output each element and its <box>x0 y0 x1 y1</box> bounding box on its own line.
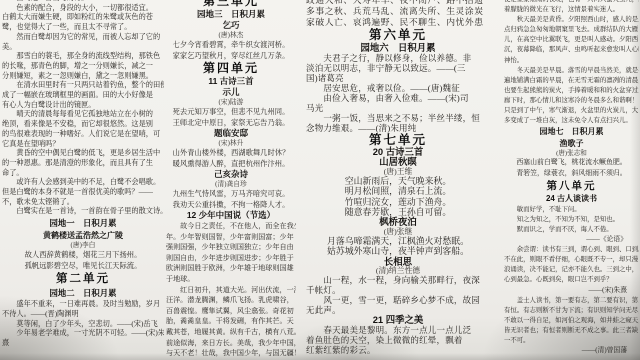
body-line: 也要生起熊熊的炭火，手捧着暖和和的火盆穿过走 <box>504 86 639 96</box>
body-line: 山一程，水一程，身向榆关那畔行，夜深 <box>306 275 490 285</box>
section-heading: 21 四季之美 <box>306 315 490 325</box>
section-heading: 示儿 <box>166 87 296 98</box>
body-line: 由俭入奢易，由奢入俭难。——(宋)司 <box>306 93 490 103</box>
section-heading: 11 古诗三首 <box>166 76 296 87</box>
body-line: 红紫红紫的彩云。 <box>306 345 490 355</box>
poem-author: (清)纳兰性德 <box>306 267 490 275</box>
verse-line: 孤帆远影碧空尽，唯见长江天际流。 <box>2 261 164 272</box>
body-line: 百兽震惶。鹰隼试翼，风尘翕张。奇花初 <box>166 306 296 317</box>
body-line: 盖士人读书，第一要有志，第二要有识，第三要 <box>504 296 639 306</box>
attribution-line: ——(宋)朱熹 <box>504 286 639 296</box>
section-heading: 园地二 日积月累 <box>2 287 164 300</box>
section-heading: 己亥杂诗 <box>166 169 296 180</box>
body-line: 在清水田里时有一只两只站着钓鱼，整个的田便 <box>2 81 164 91</box>
body-line: 命了。 <box>2 169 164 179</box>
verse-line: 西塞山前白鹭飞，桃花流水鳜鱼肥。 <box>504 158 639 168</box>
body-line: 浪诵读，决不能记，记亦不能久也。三到之中， <box>504 265 639 275</box>
body-line: 神怡。 <box>504 56 639 66</box>
poem-author: (唐)林杰 <box>166 31 296 40</box>
verse-line: 暖风熏得游人醉，直把杭州作汴州。 <box>166 159 296 170</box>
body-line: 风一更，雪一更，聒碎乡心梦不成，故园 <box>306 295 490 305</box>
verse-line: 故人西辞黄鹤楼，烟花三月下扬州。 <box>2 250 164 261</box>
body-line: 汪洋。潜龙腾渊，鳞爪飞扬。乳虎啸谷， <box>166 295 296 306</box>
body-line: 居安思危，戒奢以俭。——(唐)魏征 <box>306 83 490 93</box>
body-line: 沉，夜幕降临，那风声、虫鸣听起来愈发叫人心旷 <box>504 45 639 55</box>
body-line: 国)诸葛亮 <box>306 73 490 83</box>
column-4: 使是蒙蒙细雨的夜晚，也有一只两只萤火虫儿，闪着朦胧的微光在飞行，这情景着实迷人。… <box>504 0 639 360</box>
body-line: 的鸟很难表现的一种嗜好。人们说它是在望哨，可 <box>2 130 164 140</box>
body-line: 色素的配合，身段的大小，一切都很适宜。 <box>2 4 164 14</box>
body-line: 一不可。 <box>504 336 639 346</box>
body-line: 莫等闲，白了少年头，空悲切。——(宋)岳飞 <box>2 320 164 330</box>
body-line: 成了一幅嵌在玻璃框里的画面。田的大小好像是 <box>2 91 164 101</box>
body-line: 则国自由，少年进步则国进步；少年胜于 <box>166 253 296 264</box>
section-heading: 园地三 日积月累 <box>166 9 296 20</box>
body-line: 少年易老学难成，一寸光阴不可轻。——(宋)朱 <box>2 329 164 339</box>
verse-line: 死去元知万事空，但悲不见九州同。 <box>166 107 296 118</box>
body-line: 红日初升，其道大光。河出伏流，一泻 <box>166 285 296 296</box>
body-line: 心到最急。心既到矣，眼口岂不到乎？ <box>504 275 639 285</box>
body-line: 不在此，则眼不看仔细，心眼既不专一，却只漫 <box>504 255 639 265</box>
body-line: 马光 <box>306 103 490 113</box>
body-line: 春天最美是黎明。东方一点儿一点儿泛 <box>306 325 490 335</box>
body-line: 欧洲则国胜于欧洲，少年雄于地球则国雄 <box>166 263 296 274</box>
verse-line: 竹喧归浣女，莲动下渔舟。 <box>306 197 490 207</box>
body-line: 然而白鹭却因为它的常见，而被人忘却了它的 <box>2 33 164 43</box>
verse-line: 月落乌啼霜满天，江枫渔火对愁眠。 <box>306 236 490 246</box>
body-line: 强则国强，少年独立则国独立；少年自由 <box>166 242 296 253</box>
body-line: 廊下时，那心情儿和这寒冷的冬晨多么和谐啊！ <box>504 96 639 106</box>
poem-author: (清)龚自珍 <box>166 180 296 189</box>
body-line: 秋天最美是黄昏。夕阳照西山时，感人的是点 <box>504 15 639 25</box>
body-line: 默而识之，学而不厌，诲人不倦。 <box>504 225 639 235</box>
body-line: 有恒。有志则断不甘为下流；有识则知学问无尽， <box>504 306 639 316</box>
verse-line: 山外青山楼外楼，西湖歌舞几时休？ <box>166 148 296 159</box>
verse-line: 家家乞巧望秋月，穿尽红丝几万条。 <box>166 51 296 62</box>
body-line: 但是白鹭的本身不就是一首很优美的歌吗？—— <box>2 188 164 198</box>
attribution-line: ——(清)曾国藩 <box>504 346 639 356</box>
verse-line: 明月松间照，清泉石上流。 <box>306 186 490 196</box>
body-line: 于地球。 <box>166 274 296 285</box>
idiom-line: 多事之秋、兵荒马乱、流离失所、生灵涂炭 <box>306 6 490 17</box>
body-line: 不，歌未免太铿锵了。 <box>2 198 164 208</box>
body-line: 盛年不重来，一日难再晨。及时当勉励，岁月 <box>2 300 164 310</box>
body-line: 鹭，也觉得大了一些，而且太不寻常了。 <box>2 23 164 33</box>
body-line: 多变成了一堆白灰，这未免令人有点扫兴儿。 <box>504 116 639 126</box>
body-line: 只是到了中午，寒气渐退，火盆里的火炭儿，大 <box>504 106 639 116</box>
section-heading: 园地七 日积月累 <box>504 126 639 138</box>
body-line: 儿，在高空中比翼联飞，更是叫人感动。夕阳西 <box>504 35 639 45</box>
body-line: 一粥一饭，当思来之不易；半丝半缕，恒 <box>306 113 490 123</box>
body-line: 的长喙，那青色的脚，增之一分则嫌长，减之一 <box>2 62 164 72</box>
unit-heading: 第三单元 <box>166 0 296 9</box>
body-line: 胎，矞矞皇皇。干将发硎，有作其芒。天 <box>166 316 296 327</box>
verse-line: 青箬笠，绿蓑衣，斜风细雨不须归。 <box>504 169 639 179</box>
body-line: 念物力维艰。——(清)朱用纯 <box>306 123 490 133</box>
unit-heading: 第二单元 <box>2 271 164 287</box>
body-line: 着朦胧的微光在飞行，这情景着实迷人。 <box>504 5 639 15</box>
unit-heading: 第八单元 <box>504 179 639 194</box>
poem-author: (唐)张志和 <box>504 149 639 158</box>
poem-author: (唐)张继 <box>306 228 490 236</box>
unit-heading: 第四单元 <box>166 61 296 76</box>
verse-line: 我劝天公重抖擞，不拘一格降人才。 <box>166 200 296 211</box>
body-line: 敏而好学，不耻下问。 <box>504 205 639 215</box>
poem-author: (唐)王维 <box>306 168 490 176</box>
poem-author: (宋)陆游 <box>166 98 296 107</box>
body-line: 着鱼肚色的天空，染上微微的红晕，飘着 <box>306 335 490 345</box>
body-line: 知之为知之，不知为不知，是知也。 <box>504 215 639 225</box>
body-line: 白鹭实在是一首诗，一首韵在骨子里的散文诗。 <box>2 207 164 217</box>
section-heading: 乞巧 <box>166 20 296 31</box>
unit-heading: 第七单元 <box>306 133 490 148</box>
body-line: 那雪白的蓑毛，那全身的流线型结构，那铁色 <box>2 52 164 62</box>
body-line: 千帐灯。 <box>306 285 490 295</box>
section-heading: 12 少年中国说（节选） <box>166 210 296 221</box>
verse-line: 空山新雨后，天气晚来秋。 <box>306 176 490 186</box>
body-line: 点归鸦急急匆匆地朝窠里飞去。成群结队的大雁 <box>504 25 639 35</box>
section-heading: 题临安邸 <box>166 128 296 139</box>
poem-author: (宋)林升 <box>166 139 296 148</box>
body-line: 与天不老！壮哉，我中国少年，与国无疆！ <box>166 348 296 359</box>
attribution-line: ——《论语》 <box>504 235 639 245</box>
body-line: 分则嫌短，素之一忽则嫌白，黛之一忽则嫌黑。 <box>2 72 164 82</box>
body-line: 冬天最美是早晨。落雪的早晨当然美，就是在 <box>504 66 639 76</box>
document-page: 白鹭是一首精巧的诗。 色素的配合，身段的大小，一切都很适宜。白鹤太大而嫌生硬，即… <box>0 0 640 360</box>
body-line: 戴其苍，地履其黄。纵有千古，横有八荒。 <box>166 327 296 338</box>
column-2: 第三单元园地三 日积月累乞巧(唐)林杰七夕今宵看碧霄，牵牛织女渡河桥。家家乞巧望… <box>166 0 296 360</box>
section-heading: 园地一 日积月累 <box>2 217 164 230</box>
body-line: 故今日之责任，不在他人，而全在我少 <box>166 221 296 232</box>
body-line: 的一种恩惠。那是清澄的形象化，而且具有了生 <box>2 159 164 169</box>
body-line: 前途似海，来日方长。美哉，我少年中国， <box>166 338 296 349</box>
body-line: 美。 <box>2 43 164 53</box>
body-line: 绝顶，看来像是不安稳，而它却很悠然。这是别 <box>2 120 164 130</box>
body-line: 白鹤太大而嫌生硬，即如粉红的朱鹭或灰色的苍 <box>2 13 164 23</box>
body-line: 有心人为白鹭设计出的镜匣。 <box>2 101 164 111</box>
body-line: 年。少年智则国智，少年富则国富；少年 <box>166 232 296 243</box>
verse-line: 七夕今宵看碧霄，牵牛织女渡河桥。 <box>166 40 296 51</box>
section-heading: 渔歌子 <box>504 138 639 150</box>
unit-heading: 第六单元 <box>306 28 490 43</box>
body-line: 余尝谓：读书有三到，谓心到、眼到、口到。心 <box>504 245 639 255</box>
poem-title: 黄鹤楼送孟浩然之广陵 <box>2 230 164 241</box>
verse-line: 九州生气恃风雷，万马齐喑究可哀。 <box>166 189 296 200</box>
body-line: 淡泊无以明志，非宁静无以致远。——(三 <box>306 63 490 73</box>
body-line: 不待人。——(晋)陶渊明 <box>2 310 164 320</box>
body-line: 遍地铺满白霜的早晨，在无雪无霜的凛冽的清晨， <box>504 76 639 86</box>
verse-line: 王师北定中原日，家祭无忘告乃翁。 <box>166 118 296 129</box>
idiom-line: 家破人亡、哀鸿遍野、民不聊生、内忧外患 <box>306 17 490 28</box>
poem-author: (唐)李白 <box>2 241 164 250</box>
body-line: 皆无识者也；有恒者则断无不成之事。此三者缺 <box>504 326 639 336</box>
body-line: 晴天的清晨每每看见它孤独地站立在小树的 <box>2 110 164 120</box>
body-line: 黄昏的空中偶见白鹭的低飞，更是乡居生活中 <box>2 149 164 159</box>
column-3: 政通人和、人寿年丰、夜不闭户、路不拾遗多事之秋、兵荒马乱、流离失所、生灵涂炭家破… <box>306 0 490 360</box>
body-line: 夫君子之行，静以修身，俭以养德。非 <box>306 53 490 63</box>
column-1: 白鹭是一首精巧的诗。 色素的配合，身段的大小，一切都很适宜。白鹤太大而嫌生硬，即… <box>2 0 164 360</box>
section-heading: 园地六 日积月累 <box>306 43 490 53</box>
body-line: 或许有人会感到美中的不足，白鹭不会唱歌。 <box>2 178 164 188</box>
body-line: 熹 <box>2 339 164 349</box>
body-line: 不敢以一得自足，如河伯之观海，如井蛙之窥天， <box>504 316 639 326</box>
section-heading: 24 古人谈读书 <box>504 193 639 205</box>
body-line: 它真是在望哨吗？ <box>2 140 164 150</box>
